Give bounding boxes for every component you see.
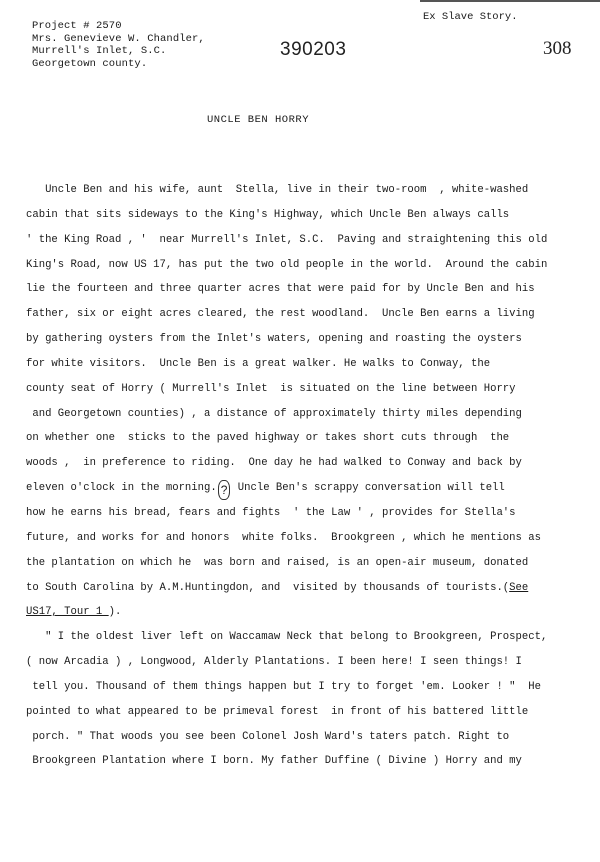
- text-segment: Uncle Ben's scrappy conversation will te…: [231, 482, 504, 494]
- text-line: tell you. Thousand of them things happen…: [26, 675, 586, 700]
- text-line: US17, Tour 1 ).: [26, 600, 586, 625]
- project-number: Project # 2570: [32, 20, 205, 33]
- text-line: pointed to what appeared to be primeval …: [26, 700, 586, 725]
- text-line: by gathering oysters from the Inlet's wa…: [26, 327, 586, 352]
- scan-edge-rule: [420, 0, 600, 2]
- text-line: porch. " That woods you see been Colonel…: [26, 725, 586, 750]
- text-line: on whether one sticks to the paved highw…: [26, 426, 586, 451]
- text-line: and Georgetown counties) , a distance of…: [26, 402, 586, 427]
- text-line: cabin that sits sideways to the King's H…: [26, 203, 586, 228]
- text-line: King's Road, now US 17, has put the two …: [26, 253, 586, 278]
- text-segment: eleven o'clock in the morning.: [26, 482, 217, 494]
- author-name: Mrs. Genevieve W. Chandler,: [32, 33, 205, 46]
- text-line: lie the fourteen and three quarter acres…: [26, 277, 586, 302]
- text-line: for white visitors. Uncle Ben is a great…: [26, 352, 586, 377]
- text-line: Uncle Ben and his wife, aunt Stella, liv…: [26, 178, 586, 203]
- text-line: ( now Arcadia ) , Longwood, Alderly Plan…: [26, 650, 586, 675]
- stamp-number: 390203: [280, 39, 346, 61]
- author-location: Murrell's Inlet, S.C.: [32, 45, 205, 58]
- text-line: the plantation on which he was born and …: [26, 551, 586, 576]
- text-line: county seat of Horry ( Murrell's Inlet i…: [26, 377, 586, 402]
- handwritten-question-mark-annotation: ?: [218, 480, 231, 500]
- story-label: Ex Slave Story.: [423, 11, 518, 23]
- text-line: " I the oldest liver left on Waccamaw Ne…: [26, 625, 586, 650]
- tour-reference: US17, Tour 1: [26, 606, 109, 618]
- text-segment: to South Carolina by A.M.Huntingdon, and…: [26, 582, 509, 594]
- text-line: to South Carolina by A.M.Huntingdon, and…: [26, 576, 586, 601]
- document-page: Project # 2570 Mrs. Genevieve W. Chandle…: [0, 0, 600, 862]
- text-line: father, six or eight acres cleared, the …: [26, 302, 586, 327]
- text-line: ' the King Road , ' near Murrell's Inlet…: [26, 228, 586, 253]
- author-county: Georgetown county.: [32, 58, 205, 71]
- body-text: Uncle Ben and his wife, aunt Stella, liv…: [26, 178, 586, 774]
- text-line: how he earns his bread, fears and fights…: [26, 501, 586, 526]
- header-info: Project # 2570 Mrs. Genevieve W. Chandle…: [32, 20, 205, 70]
- text-line: woods , in preference to riding. One day…: [26, 451, 586, 476]
- see-reference: See: [509, 582, 528, 594]
- page-number: 308: [543, 38, 572, 60]
- document-title: UNCLE BEN HORRY: [207, 114, 309, 126]
- text-line: Brookgreen Plantation where I born. My f…: [26, 749, 586, 774]
- text-line: eleven o'clock in the morning.? Uncle Be…: [26, 476, 586, 501]
- text-segment: ).: [109, 606, 122, 618]
- text-line: future, and works for and honors white f…: [26, 526, 586, 551]
